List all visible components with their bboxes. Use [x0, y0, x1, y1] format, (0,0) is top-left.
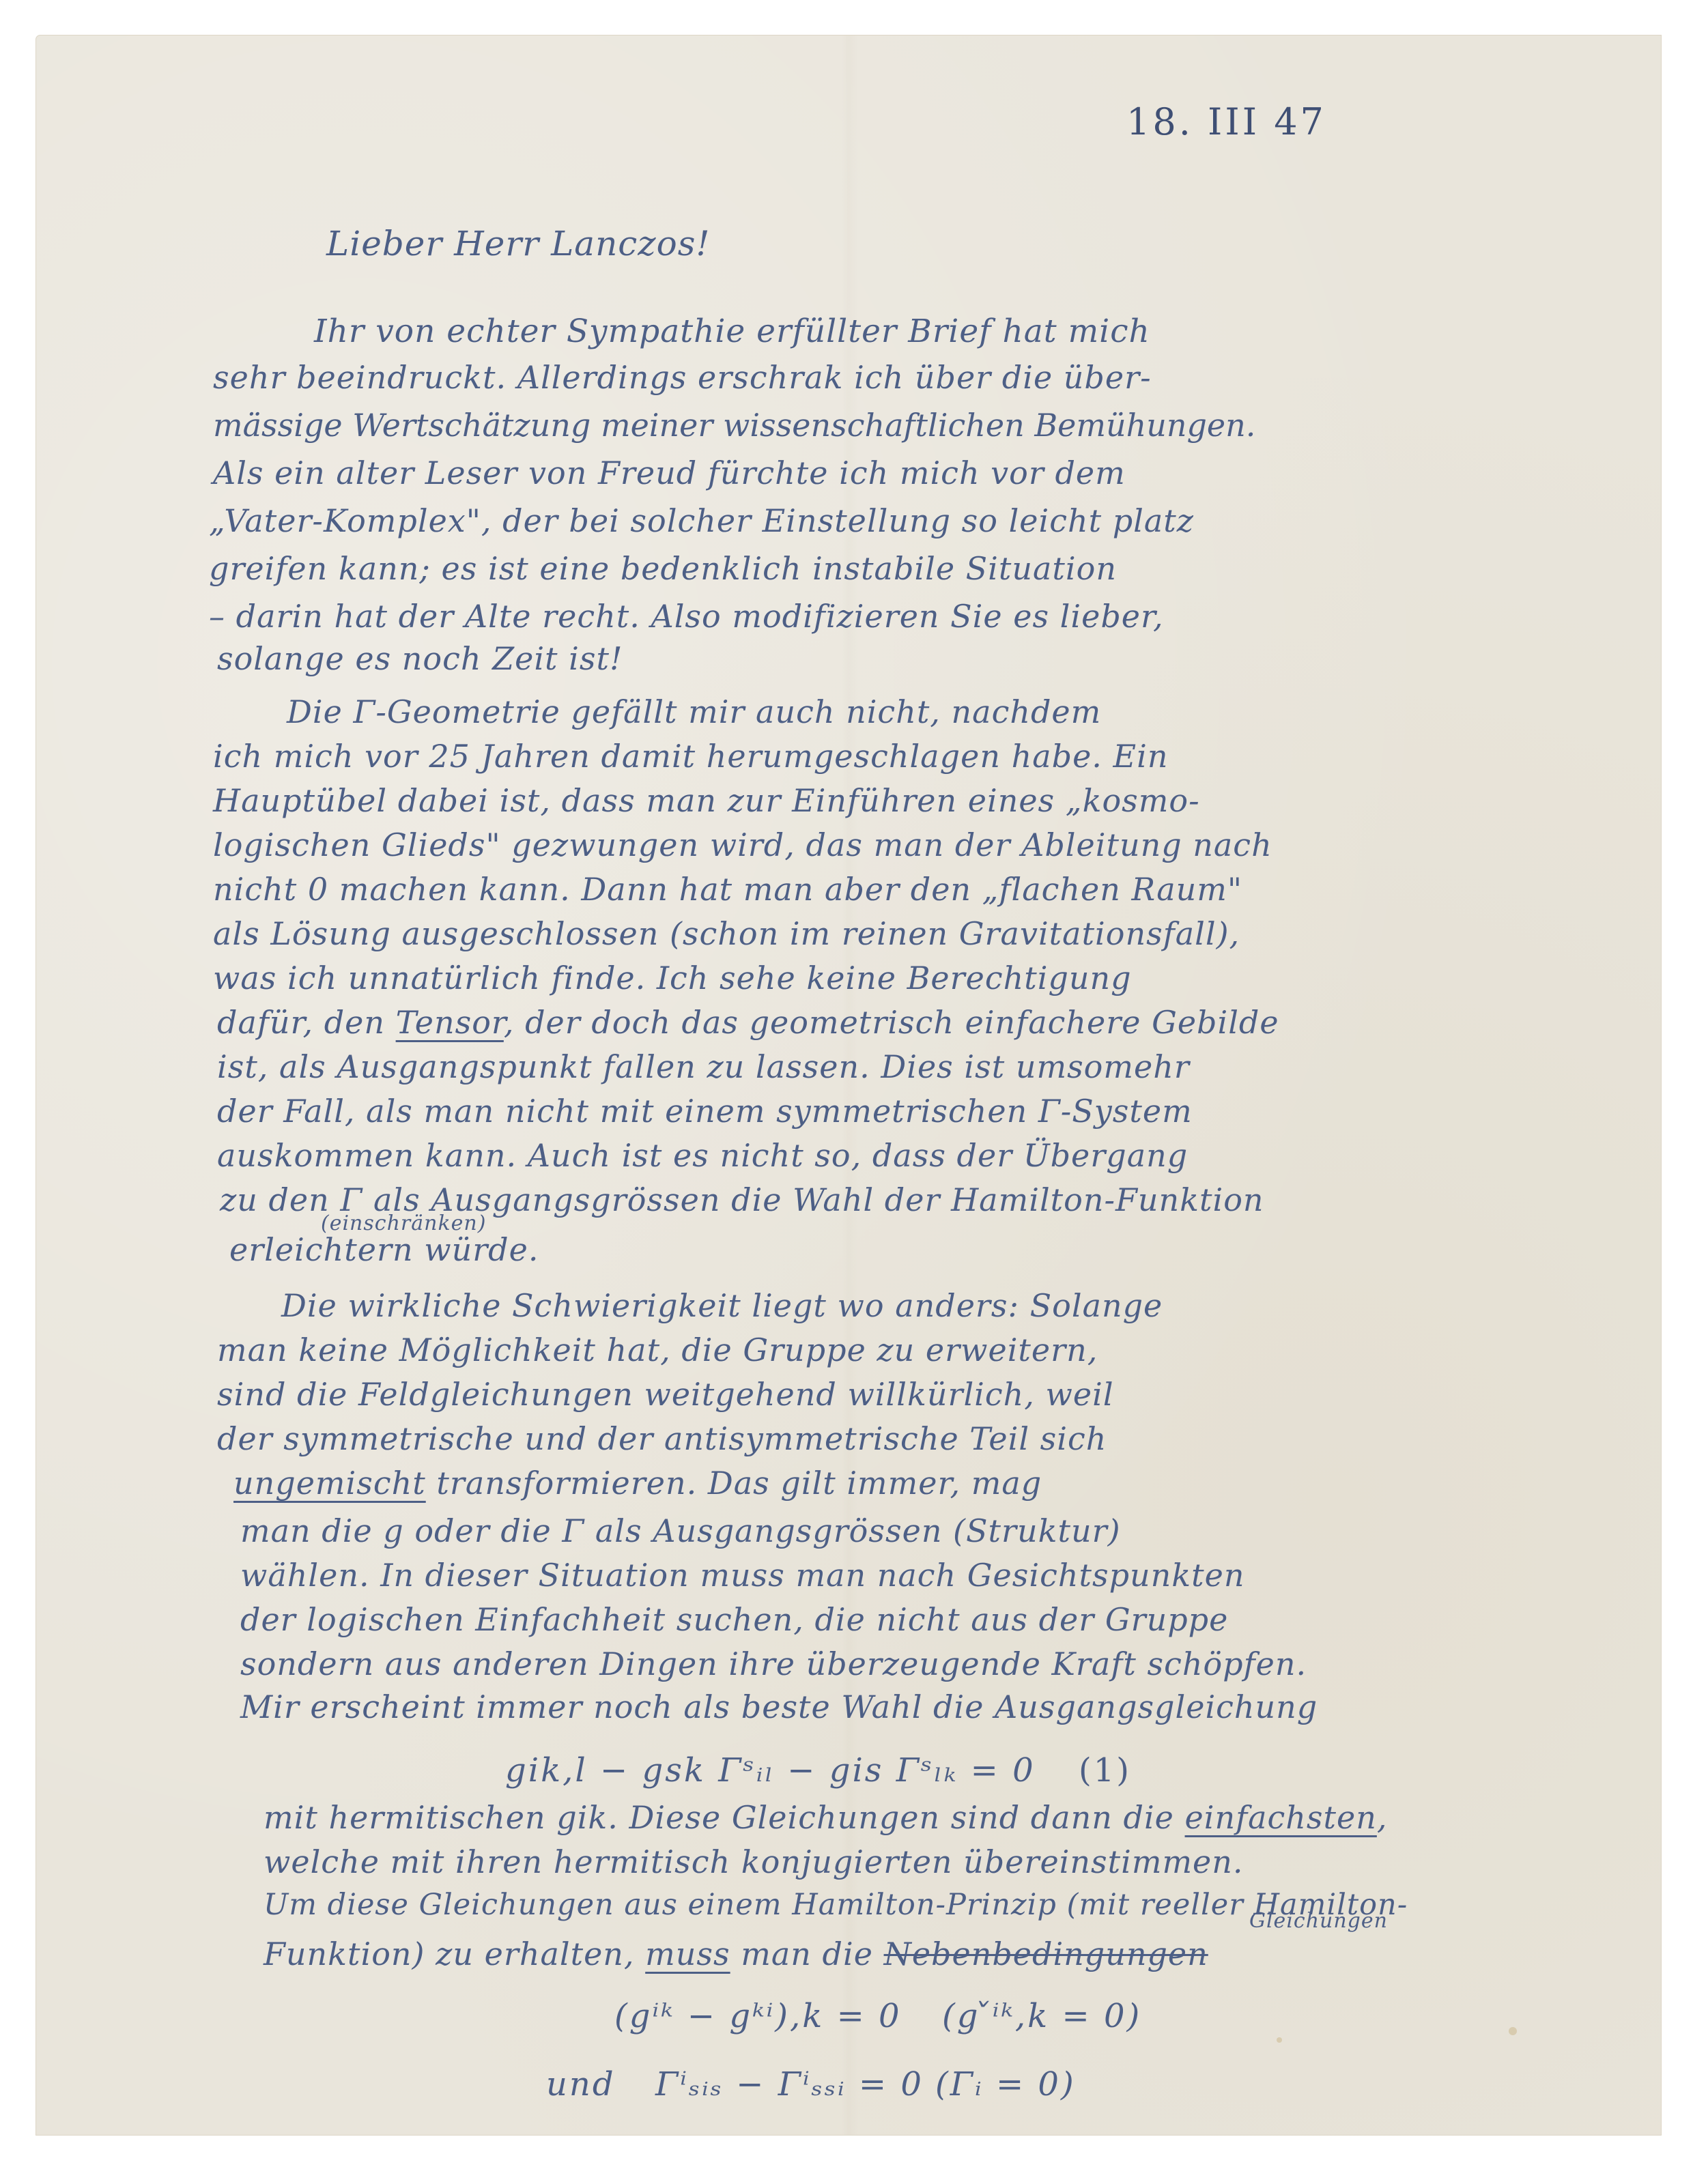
- paragraph-3-line: der logischen Einfachheit suchen, die ni…: [240, 1604, 1228, 1635]
- paragraph-4-line: Um diese Gleichungen aus einem Hamilton-…: [264, 1891, 1408, 1920]
- paragraph-1-line: greifen kann; es ist eine bedenklich ins…: [209, 553, 1117, 584]
- line-start: mit hermitischen gik. Diese Gleichungen …: [264, 1799, 1185, 1836]
- tensor-prefix: dafür, den: [217, 1004, 396, 1041]
- paragraph-3-line: wählen. In dieser Situation muss man nac…: [240, 1560, 1244, 1591]
- equation-3-prefix: und: [546, 2068, 616, 2101]
- paragraph-2-line: ist, als Ausgangspunkt fallen zu lassen.…: [217, 1051, 1190, 1082]
- line-end: ,: [1377, 1799, 1388, 1836]
- line-start: Funktion) zu erhalten,: [264, 1936, 645, 1972]
- letter-date: 18. III 47: [1126, 104, 1326, 141]
- paper-stain: [1509, 2027, 1517, 2035]
- equation-1: gik,l − gsk Γˢᵢₗ − gis Γˢₗₖ = 0: [505, 1754, 1036, 1787]
- paragraph-1-line: mässige Wertschätzung meiner wissenschaf…: [213, 409, 1255, 441]
- paragraph-1-line: Als ein alter Leser von Freud fürchte ic…: [213, 457, 1126, 489]
- underlined-word: muss: [645, 1936, 730, 1972]
- replacement-word: Gleichungen: [1249, 1911, 1388, 1931]
- underlined-word: Tensor: [396, 1004, 504, 1041]
- paragraph-2-line: ich mich vor 25 Jahren damit herumgeschl…: [213, 741, 1168, 772]
- tensor-suffix: , der doch das geometrisch einfachere Ge…: [504, 1004, 1279, 1041]
- paragraph-3-line: sind die Feldgleichungen weitgehend will…: [217, 1379, 1114, 1410]
- line-mid: man die: [730, 1936, 884, 1972]
- paragraph-2-line: Die Γ-Geometrie gefällt mir auch nicht, …: [287, 696, 1101, 728]
- paragraph-1-line: – darin hat der Alte recht. Also modifiz…: [209, 601, 1164, 632]
- paragraph-2-line: nicht 0 machen kann. Dann hat man aber d…: [213, 874, 1242, 905]
- struck-word: Nebenbedingungen: [884, 1936, 1208, 1972]
- paragraph-3-line: Mir erscheint immer noch als beste Wahl …: [240, 1691, 1318, 1723]
- equation-2-parenthetical: (g ̌ⁱᵏ,k = 0): [942, 2000, 1141, 2032]
- paragraph-1-line: „Vater-Komplex", der bei solcher Einstel…: [209, 505, 1194, 536]
- paragraph-3-line: Die wirkliche Schwierigkeit liegt wo and…: [281, 1290, 1163, 1321]
- paragraph-3-line: ungemischt transformieren. Das gilt imme…: [233, 1467, 1042, 1499]
- paragraph-2-line: dafür, den Tensor, der doch das geometri…: [217, 1007, 1279, 1038]
- paragraph-2-line: auskommen kann. Auch ist es nicht so, da…: [217, 1140, 1188, 1171]
- paragraph-1-line: solange es noch Zeit ist!: [217, 643, 623, 674]
- paragraph-4-line: Funktion) zu erhalten, muss man die Nebe…: [264, 1938, 1208, 1970]
- equation-3: Γⁱₛᵢₛ − Γⁱₛₛᵢ = 0: [655, 2068, 924, 2101]
- line-rest: transformieren. Das gilt immer, mag: [426, 1465, 1042, 1501]
- paragraph-3-line: sondern aus anderen Dingen ihre überzeug…: [240, 1648, 1307, 1680]
- paragraph-1-line: sehr beeindruckt. Allerdings erschrak ic…: [213, 362, 1152, 393]
- paragraph-3-line: man die g oder die Γ als Ausgangsgrössen…: [240, 1515, 1121, 1547]
- underlined-word: einfachsten: [1185, 1799, 1377, 1836]
- paragraph-2-line: Hauptübel dabei ist, dass man zur Einfüh…: [213, 785, 1200, 816]
- equation-2: (gⁱᵏ − gᵏⁱ),k = 0: [614, 2000, 902, 2032]
- equation-1-label: (1): [1079, 1754, 1131, 1787]
- salutation: Lieber Herr Lanczos!: [326, 227, 710, 261]
- paragraph-2-line: logischen Glieds" gezwungen wird, das ma…: [213, 829, 1272, 861]
- paper-stain: [1277, 2037, 1282, 2043]
- paragraph-4-line: welche mit ihren hermitisch konjugierten…: [264, 1846, 1244, 1878]
- paragraph-4-line: mit hermitischen gik. Diese Gleichungen …: [264, 1802, 1388, 1833]
- equation-3-parenthetical: (Γᵢ = 0): [935, 2068, 1076, 2101]
- paragraph-2-line: was ich unnatürlich finde. Ich sehe kein…: [213, 962, 1132, 994]
- paragraph-2-line: erleichtern würde.: [229, 1234, 539, 1265]
- paragraph-3-line: man keine Möglichkeit hat, die Gruppe zu…: [217, 1334, 1098, 1366]
- paragraph-3-line: der symmetrische und der antisymmetrisch…: [217, 1423, 1107, 1454]
- paragraph-2-line: der Fall, als man nicht mit einem symmet…: [217, 1095, 1193, 1127]
- underlined-word: ungemischt: [233, 1465, 426, 1501]
- paragraph-2-line: als Lösung ausgeschlossen (schon im rein…: [213, 918, 1240, 949]
- paragraph-1-line: Ihr von echter Sympathie erfüllter Brief…: [314, 315, 1150, 347]
